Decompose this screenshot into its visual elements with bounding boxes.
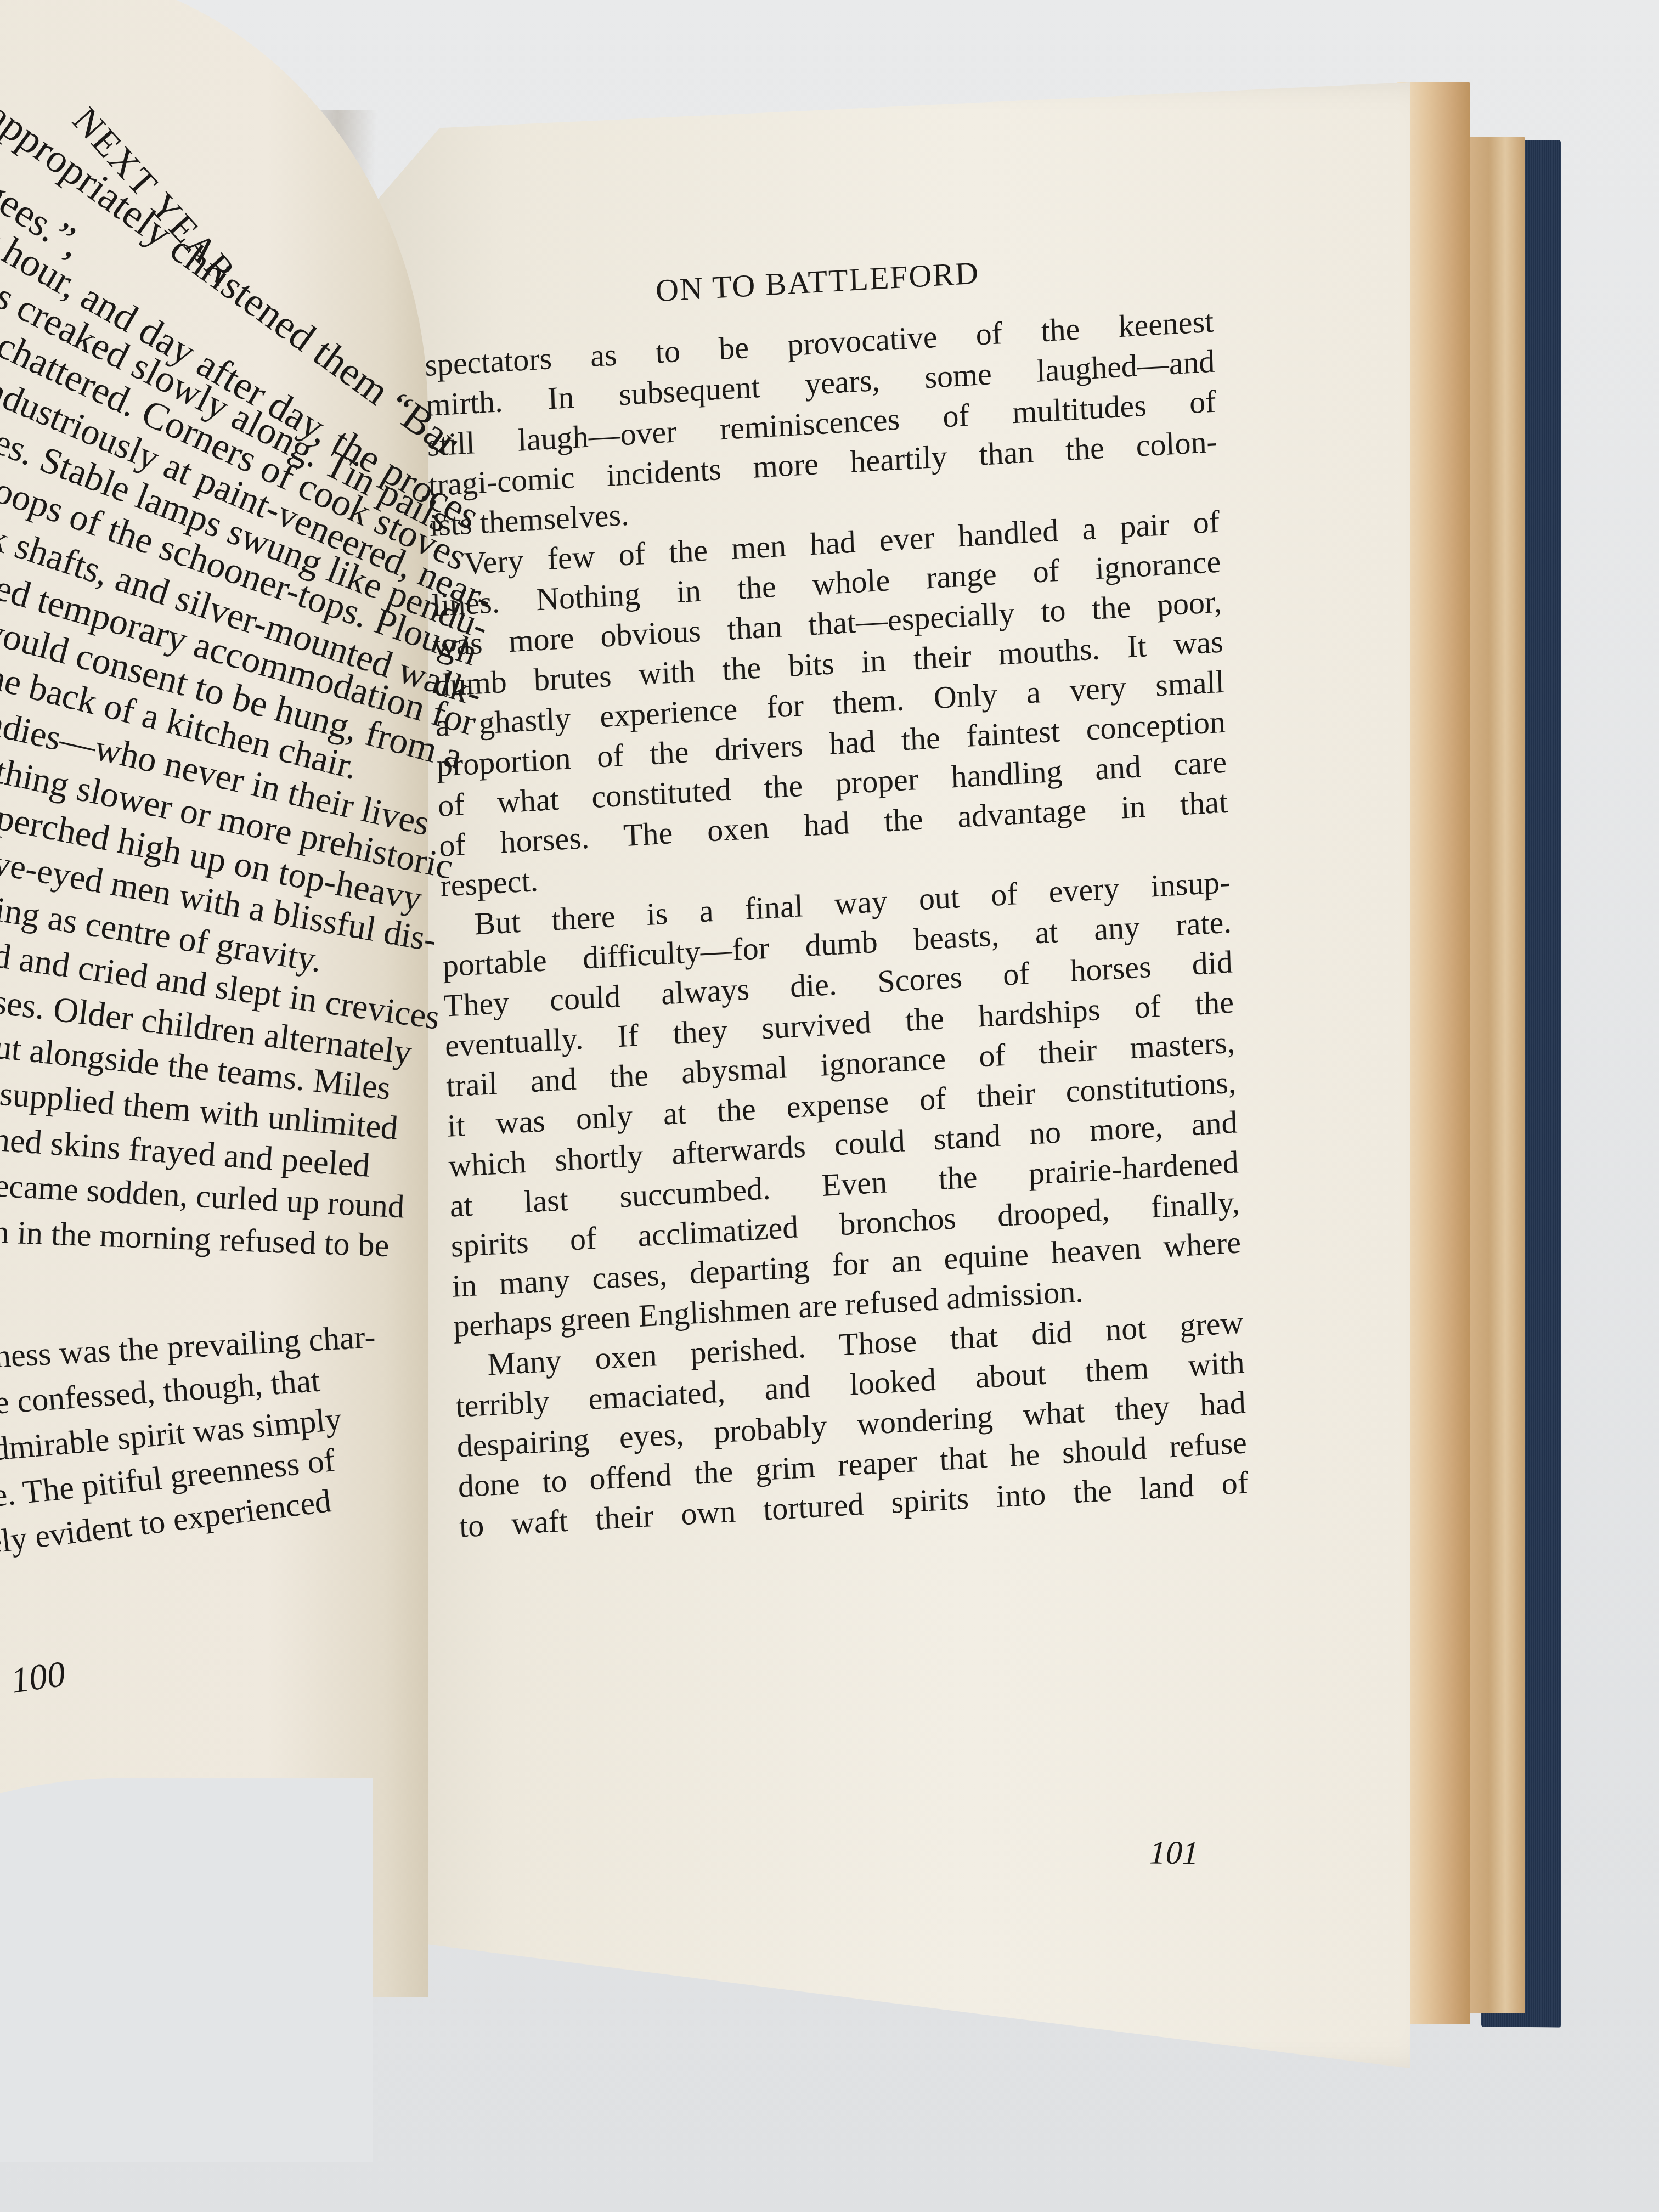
left-page-lower-curve — [0, 1778, 373, 2162]
paragraph: Very few of the men had ever handled a p… — [430, 501, 1229, 906]
page-number-left: 100 — [8, 1653, 68, 1702]
right-page-text: ON TO BATTLEFORD spectators as to be pro… — [422, 241, 1249, 1547]
paragraph: But there is a final way out of every in… — [441, 862, 1243, 1346]
page-number-right: 101 — [1149, 1833, 1200, 1872]
